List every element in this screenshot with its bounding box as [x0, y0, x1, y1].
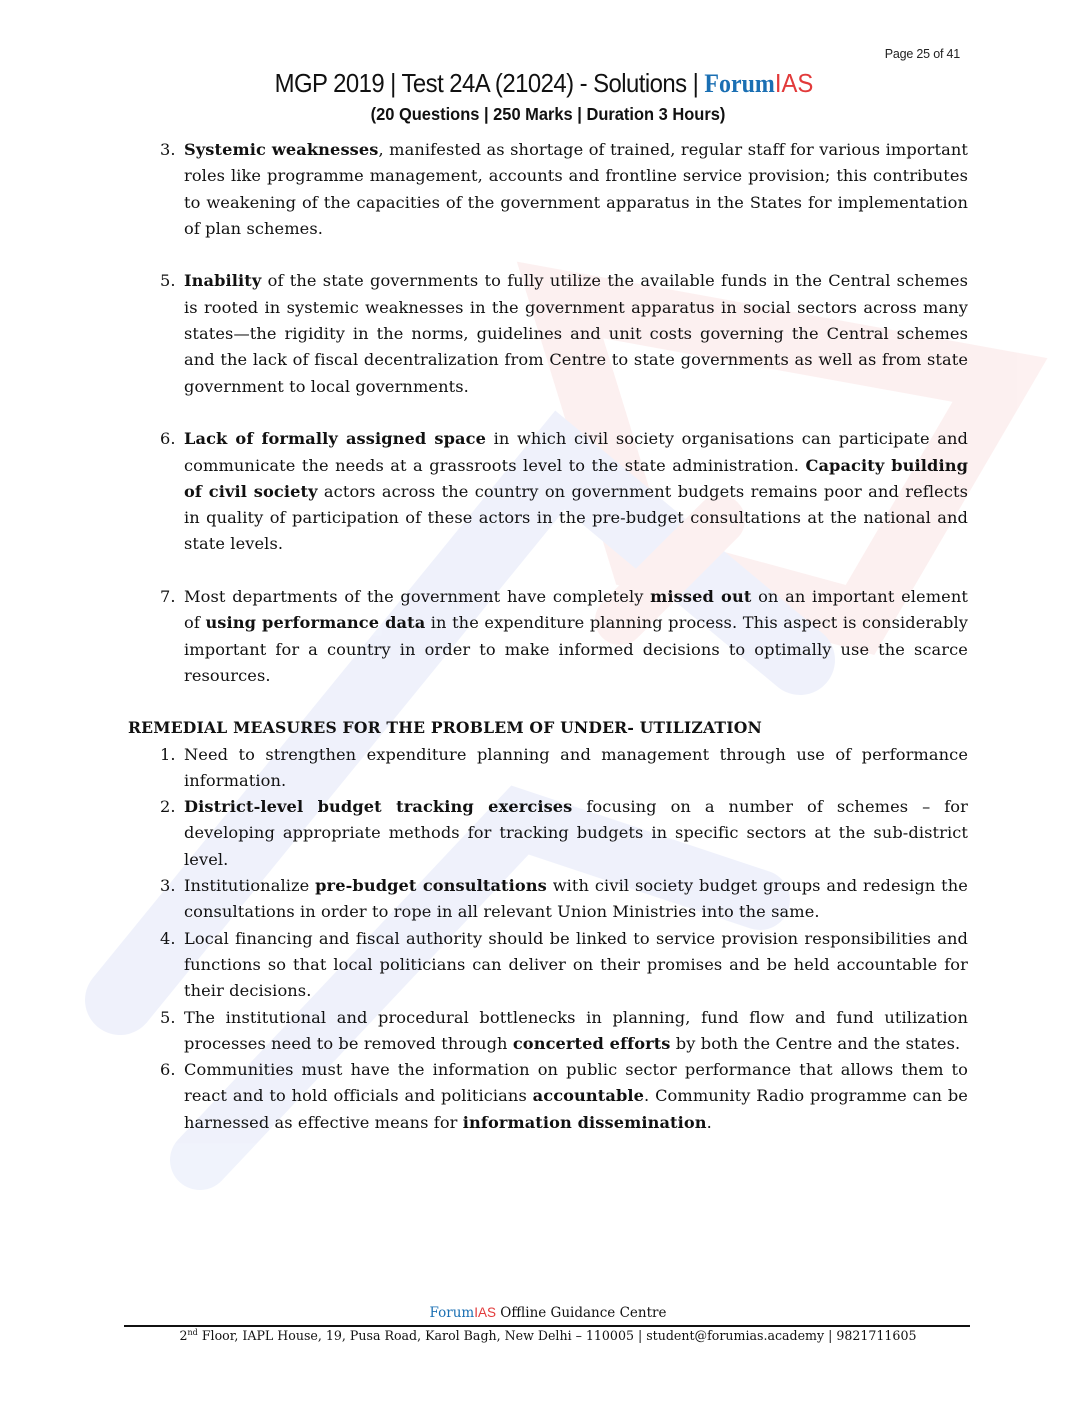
footer-divider: [124, 1325, 970, 1327]
body-text: by both the Centre and the states.: [671, 1034, 961, 1053]
floor-number: 2: [180, 1328, 188, 1343]
spacer: [128, 400, 968, 426]
document-title: MGP 2019 | Test 24A (21024) - Solutions …: [44, 68, 1045, 99]
bold-text: using performance data: [205, 613, 425, 632]
bold-text: pre-budget consultations: [315, 876, 547, 895]
item-number: 5.: [160, 268, 176, 294]
bold-text: Inability: [184, 271, 261, 290]
item-number: 1.: [160, 742, 176, 768]
body-text: Most departments of the government have …: [184, 587, 650, 606]
address-text: Floor, IAPL House, 19, Pusa Road, Karol …: [198, 1328, 917, 1343]
remedial-item: 1.Need to strengthen expenditure plannin…: [128, 742, 968, 795]
footer-centre: Offline Guidance Centre: [496, 1305, 666, 1321]
item-number: 5.: [160, 1005, 176, 1031]
floor-suffix: nd: [188, 1328, 198, 1337]
problem-item: 5.Inability of the state governments to …: [128, 268, 968, 399]
remedial-item: 2.District-level budget tracking exercis…: [128, 794, 968, 873]
item-number: 3.: [160, 873, 176, 899]
footer-brand-forum: Forum: [430, 1305, 475, 1321]
footer-brand: ForumIAS Offline Guidance Centre: [0, 1305, 1088, 1321]
body-text: Institutionalize: [184, 876, 315, 895]
remedial-list: 1.Need to strengthen expenditure plannin…: [128, 742, 968, 1136]
remedial-item: 4.Local financing and fiscal authority s…: [128, 926, 968, 1005]
remedial-item: 3.Institutionalize pre-budget consultati…: [128, 873, 968, 926]
spacer: [128, 558, 968, 584]
brand-ias: IAS: [775, 68, 814, 98]
bold-text: missed out: [650, 587, 751, 606]
bold-text: information dissemination: [463, 1113, 707, 1132]
item-number: 6.: [160, 426, 176, 452]
remedial-heading: REMEDIAL MEASURES FOR THE PROBLEM OF UND…: [128, 715, 968, 741]
document-subtitle: (20 Questions | 250 Marks | Duration 3 H…: [33, 104, 1063, 125]
item-number: 3.: [160, 137, 176, 163]
body-text: .: [707, 1113, 712, 1132]
item-number: 2.: [160, 794, 176, 820]
remedial-item: 6.Communities must have the information …: [128, 1057, 968, 1136]
brand-forum: Forum: [704, 69, 774, 98]
bold-text: concerted efforts: [513, 1034, 671, 1053]
item-number: 4.: [160, 926, 176, 952]
title-text: MGP 2019 | Test 24A (21024) - Solutions …: [275, 68, 705, 98]
problem-item: 6.Lack of formally assigned space in whi…: [128, 426, 968, 557]
item-number: 6.: [160, 1057, 176, 1083]
problem-item: 3.Systemic weaknesses, manifested as sho…: [128, 137, 968, 242]
item-number: 7.: [160, 584, 176, 610]
bold-text: Lack of formally assigned space: [184, 429, 486, 448]
problems-list: 3.Systemic weaknesses, manifested as sho…: [128, 137, 968, 689]
problem-item: 7.Most departments of the government hav…: [128, 584, 968, 689]
body-text: Need to strengthen expenditure planning …: [184, 745, 968, 790]
footer-brand-ias: IAS: [474, 1305, 496, 1320]
bold-text: District-level budget tracking exercises: [184, 797, 572, 816]
bold-text: accountable: [533, 1086, 644, 1105]
page-number: Page 25 of 41: [885, 47, 960, 61]
body-text: of the state governments to fully utiliz…: [184, 271, 968, 395]
remedial-item: 5.The institutional and procedural bottl…: [128, 1005, 968, 1058]
spacer: [128, 242, 968, 268]
body-text: Local financing and fiscal authority sho…: [184, 929, 968, 1001]
bold-text: Systemic weaknesses: [184, 140, 379, 159]
footer-address: 2nd Floor, IAPL House, 19, Pusa Road, Ka…: [0, 1328, 1088, 1343]
document-body: 3.Systemic weaknesses, manifested as sho…: [128, 137, 968, 1136]
